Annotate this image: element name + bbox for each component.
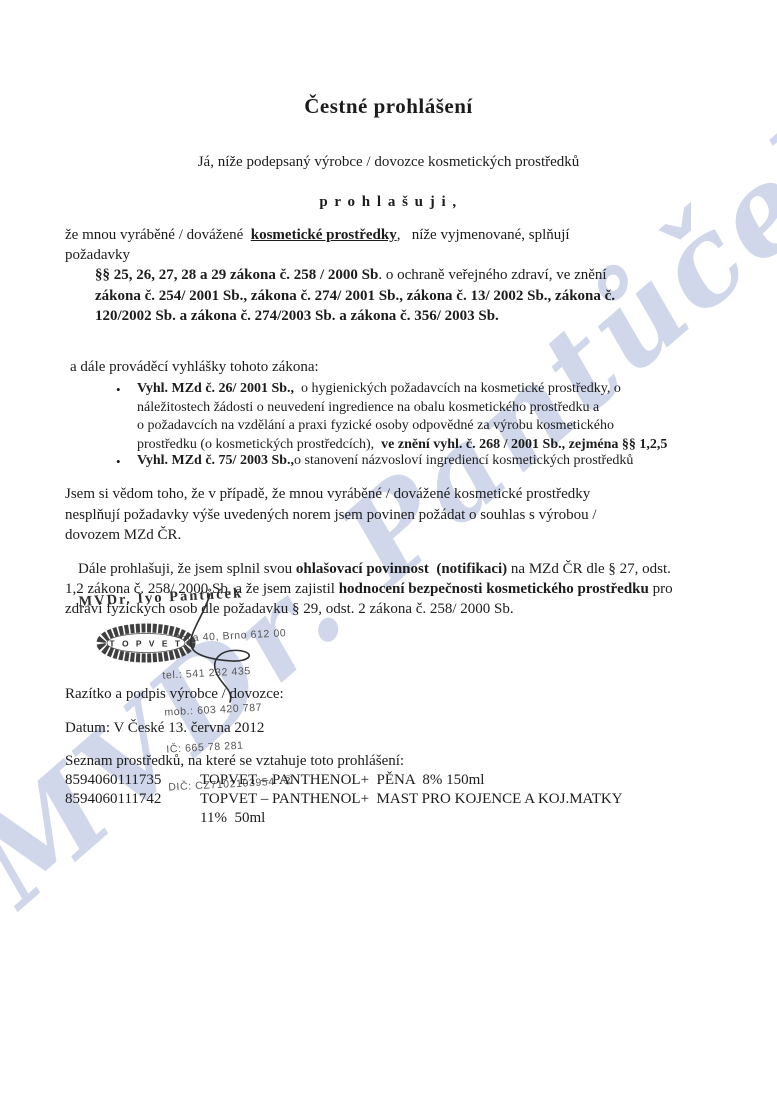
text-run: . o ochraně veřejného zdraví, ve znění	[378, 267, 606, 283]
paragraph-line: požadavky	[65, 245, 570, 265]
text-run: prostředku (o kosmetických prostředcích)…	[137, 437, 381, 452]
product-row: 8594060111735TOPVET – PANTHENOL+ PĚNA 8%…	[65, 771, 623, 790]
product-name: TOPVET – PANTHENOL+ PĚNA 8% 150ml	[200, 772, 484, 788]
product-name: TOPVET – PANTHENOL+ MAST PRO KOJENCE A K…	[200, 791, 623, 807]
bullet-icon: •	[116, 452, 121, 472]
paragraph-line: Dále prohlašuji, že jsem splnil svou ohl…	[65, 559, 673, 579]
paragraph-requirements: že mnou vyráběné / dovážené kosmetické p…	[65, 225, 570, 265]
text-run: že mnou vyráběné / dovážené	[65, 227, 251, 243]
text-run: Dále prohlašuji, že jsem splnil svou	[78, 561, 296, 577]
legal-line: zákona č. 254/ 2001 Sb., zákona č. 274/ …	[95, 286, 615, 307]
bullet-item-2: • Vyhl. MZd č. 75/ 2003 Sb.,o stanovení …	[116, 452, 633, 471]
product-name-continuation: 11% 50ml	[200, 810, 265, 826]
bullet-icon: •	[116, 380, 121, 400]
decrees-intro: a dále prováděcí vyhlášky tohoto zákona:	[70, 357, 319, 377]
product-code: 8594060111742	[65, 790, 200, 809]
stamp-logo-text: T O P V E T	[109, 639, 182, 649]
paragraph-awareness: Jsem si vědom toho, že v případě, že mno…	[65, 484, 597, 546]
text-run: , níže vyjmenované, splňují	[397, 227, 570, 243]
product-code: 8594060111735	[65, 771, 200, 790]
text-run: o hygienických požadavcích na kosmetické…	[294, 381, 621, 396]
product-row: 8594060111742TOPVET – PANTHENOL+ MAST PR…	[65, 790, 623, 809]
text-run-bold-underline: kosmetické prostředky	[251, 227, 397, 243]
paragraph-line: že mnou vyráběné / dovážené kosmetické p…	[65, 225, 570, 245]
document-content: Čestné prohlášení Já, níže podepsaný výr…	[0, 0, 777, 1100]
page-title: Čestné prohlášení	[0, 96, 777, 116]
bullet-text: Vyhl. MZd č. 26/ 2001 Sb., o hygienickýc…	[137, 380, 667, 454]
paragraph-line: nesplňují požadavky výše uvedených norem…	[65, 505, 597, 526]
bullet-line: Vyhl. MZd č. 26/ 2001 Sb., o hygienickýc…	[137, 380, 667, 399]
paragraph-line: Jsem si vědom toho, že v případě, že mno…	[65, 484, 597, 505]
product-row-continuation: 11% 50ml	[65, 809, 623, 828]
paragraph-line: dovozem MZd ČR.	[65, 525, 597, 546]
legal-references: §§ 25, 26, 27, 28 a 29 zákona č. 258 / 2…	[95, 265, 615, 327]
date-line: Datum: V České 13. června 2012	[65, 718, 264, 738]
document-page: MVDr. Pantůček s r.o. Čestné prohlášení …	[0, 0, 777, 1100]
legal-line: 120/2002 Sb. a zákona č. 274/2003 Sb. a …	[95, 306, 615, 327]
bullet-line: Vyhl. MZd č. 75/ 2003 Sb.,o stanovení ná…	[137, 452, 633, 471]
bullet-line: náležitostech žádosti o neuvedení ingred…	[137, 399, 667, 418]
text-run-bold: Vyhl. MZd č. 75/ 2003 Sb.,	[137, 453, 294, 468]
bullet-item-1: • Vyhl. MZd č. 26/ 2001 Sb., o hygienick…	[116, 380, 667, 454]
text-run-bold: §§ 25, 26, 27, 28 a 29 zákona č. 258 / 2…	[95, 267, 378, 283]
text-run: pro	[649, 581, 673, 597]
bullet-line: o požadavcích na vzdělání a praxi fyzick…	[137, 417, 667, 436]
bullet-text: Vyhl. MZd č. 75/ 2003 Sb.,o stanovení ná…	[137, 452, 633, 471]
stamp-signature-label: Razítko a podpis výrobce / dovozce:	[65, 684, 284, 704]
intro-line: Já, níže podepsaný výrobce / dovozce kos…	[0, 152, 777, 172]
legal-line: §§ 25, 26, 27, 28 a 29 zákona č. 258 / 2…	[95, 265, 615, 286]
declaration-word: p r o h l a š u j i ,	[0, 192, 777, 212]
text-run-bold: Vyhl. MZd č. 26/ 2001 Sb.,	[137, 381, 294, 396]
text-run-bold: ohlašovací povinnost (notifikaci)	[296, 561, 507, 577]
product-list: 8594060111735TOPVET – PANTHENOL+ PĚNA 8%…	[65, 771, 623, 828]
text-run-bold: hodnocení bezpečnosti kosmetického prost…	[339, 581, 649, 597]
product-list-label: Seznam prostředků, na které se vztahuje …	[65, 751, 404, 771]
text-run-bold: ve znění vyhl. č. 268 / 2001 Sb., zejmén…	[381, 437, 667, 452]
text-run: na MZd ČR dle § 27, odst.	[507, 561, 671, 577]
text-run: o stanovení názvosloví ingrediencí kosme…	[294, 453, 633, 468]
